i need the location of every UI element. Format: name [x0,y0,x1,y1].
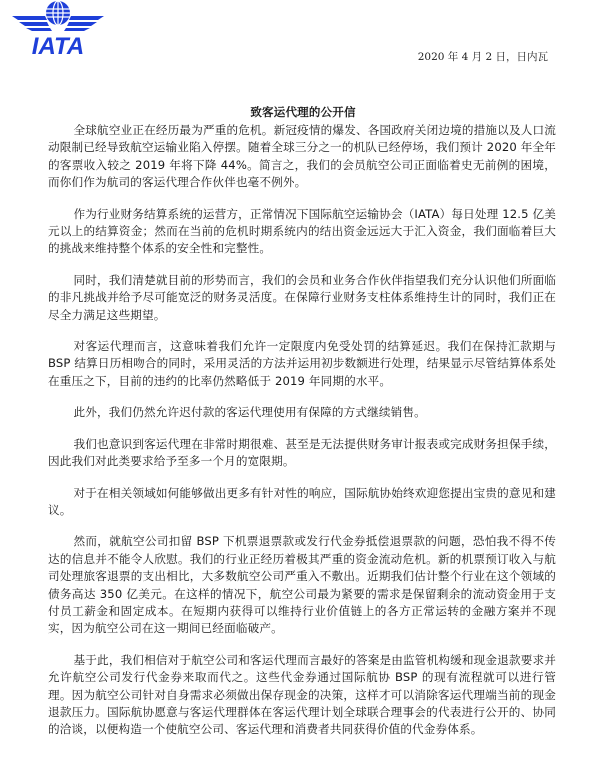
paragraph: 对于在相关领域如何能够做出更多有针对性的响应，国际航协始终欢迎您提出宝贵的意见和… [48,485,556,520]
paragraph: 基于此，我们相信对于航空公司和客运代理而言最好的答案是由监管机构缓和现金退款要求… [48,652,556,739]
globe-wings-icon: IATA [12,0,104,56]
paragraph: 对客运代理而言，这意味着我们允许一定限度内免受处罚的结算延迟。我们在保持汇款期与… [48,338,556,390]
paragraph: 我们也意识到客运代理在非常时期很难、甚至是无法提供财务审计报表或完成财务担保手续… [48,436,556,471]
date-location: 2020 年 4 月 2 日，日内瓦 [418,49,548,64]
paragraph: 全球航空业正在经历最为严重的危机。新冠疫情的爆发、各国政府关闭边境的措施以及人口… [48,122,556,192]
svg-text:IATA: IATA [32,33,84,56]
letter-body: 全球航空业正在经历最为严重的危机。新冠疫情的爆发、各国政府关闭边境的措施以及人口… [48,122,556,753]
iata-logo: IATA [12,0,104,56]
paragraph: 作为行业财务结算系统的运营方，正常情况下国际航空运输协会（IATA）每日处理 1… [48,206,556,258]
paragraph: 然而，就航空公司扣留 BSP 下机票退票款或发行代金券抵偿退票款的问题，恐怕我不… [48,533,556,637]
paragraph: 同时，我们清楚就目前的形势而言，我们的会员和业务合作伙伴指望我们充分认识他们所面… [48,272,556,324]
letter-title: 致客运代理的公开信 [0,104,606,120]
paragraph: 此外，我们仍然允许迟付款的客运代理使用有保障的方式继续销售。 [48,404,556,421]
